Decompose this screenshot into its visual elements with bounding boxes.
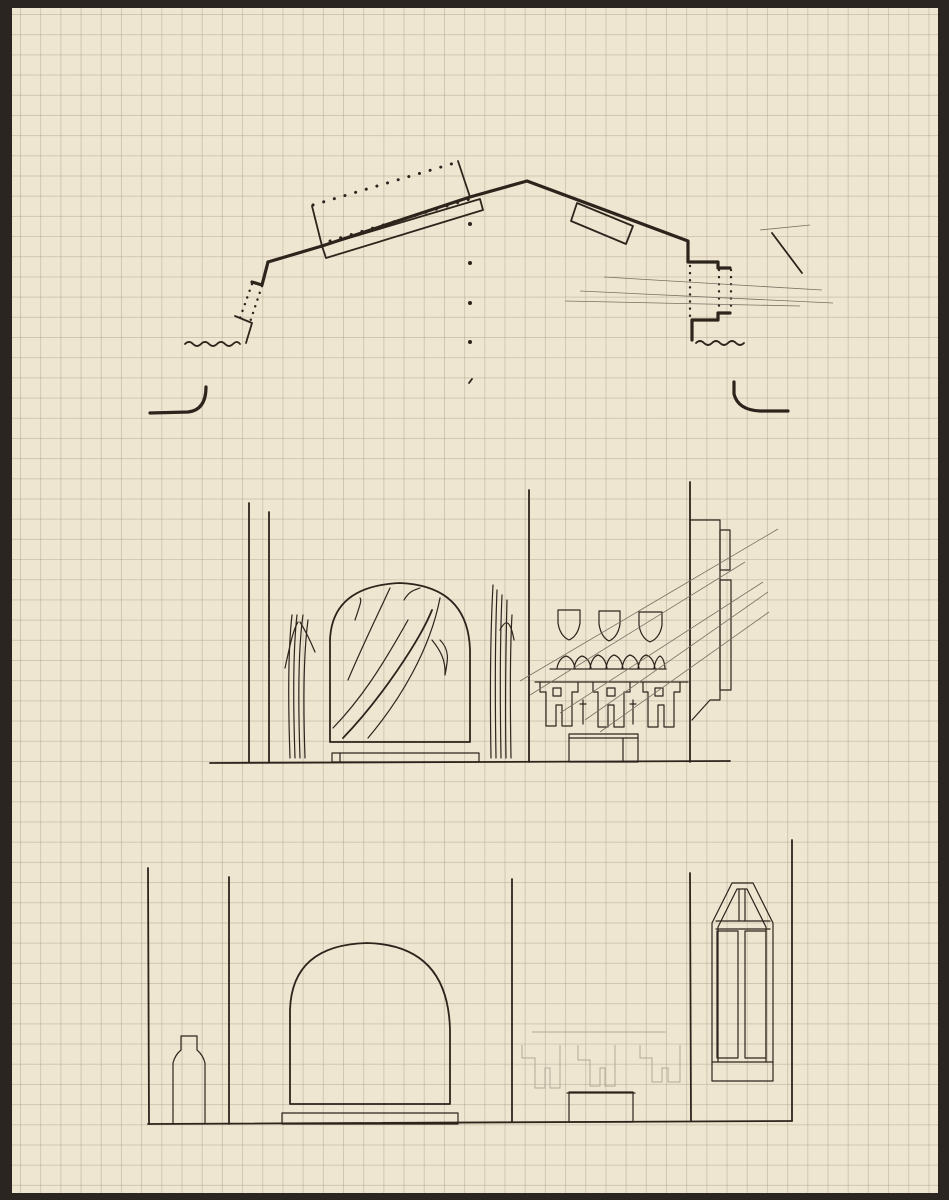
- elevation-scene-2: [148, 840, 792, 1124]
- left-door-opening: [235, 284, 262, 343]
- light-rays: [520, 529, 778, 732]
- left-platform: [322, 199, 483, 258]
- light-beam-lines: [565, 225, 833, 306]
- arched-doorway: [290, 943, 450, 1104]
- right-wavy-edge: [696, 341, 744, 345]
- bench: [567, 1092, 635, 1122]
- jar: [173, 1036, 205, 1124]
- sketch-drawing: [0, 0, 949, 1200]
- bench: [569, 734, 638, 762]
- left-wavy-edge: [185, 342, 240, 346]
- right-wing-mark: [734, 382, 788, 411]
- left-wall-segment: [252, 262, 268, 285]
- floor-line-2: [148, 1121, 792, 1124]
- hanging-tunics: [535, 682, 688, 727]
- elevation-scene-1: [210, 482, 778, 763]
- centre-line-dotted: [468, 222, 472, 383]
- side-window: [690, 520, 731, 720]
- right-diagonal-mark: [772, 233, 802, 273]
- left-wing-mark: [150, 387, 206, 413]
- right-window-bay: [688, 260, 731, 340]
- faint-tunics: [522, 1032, 680, 1088]
- gothic-window: [712, 883, 773, 1081]
- angled-back-wall: [268, 181, 688, 262]
- three-shields: [558, 610, 662, 642]
- ground-plan: [150, 161, 833, 413]
- arched-doorway-with-drape: [330, 583, 479, 762]
- helmet-shelf: [550, 655, 666, 669]
- right-curtain: [490, 585, 514, 758]
- left-curtain: [285, 615, 315, 758]
